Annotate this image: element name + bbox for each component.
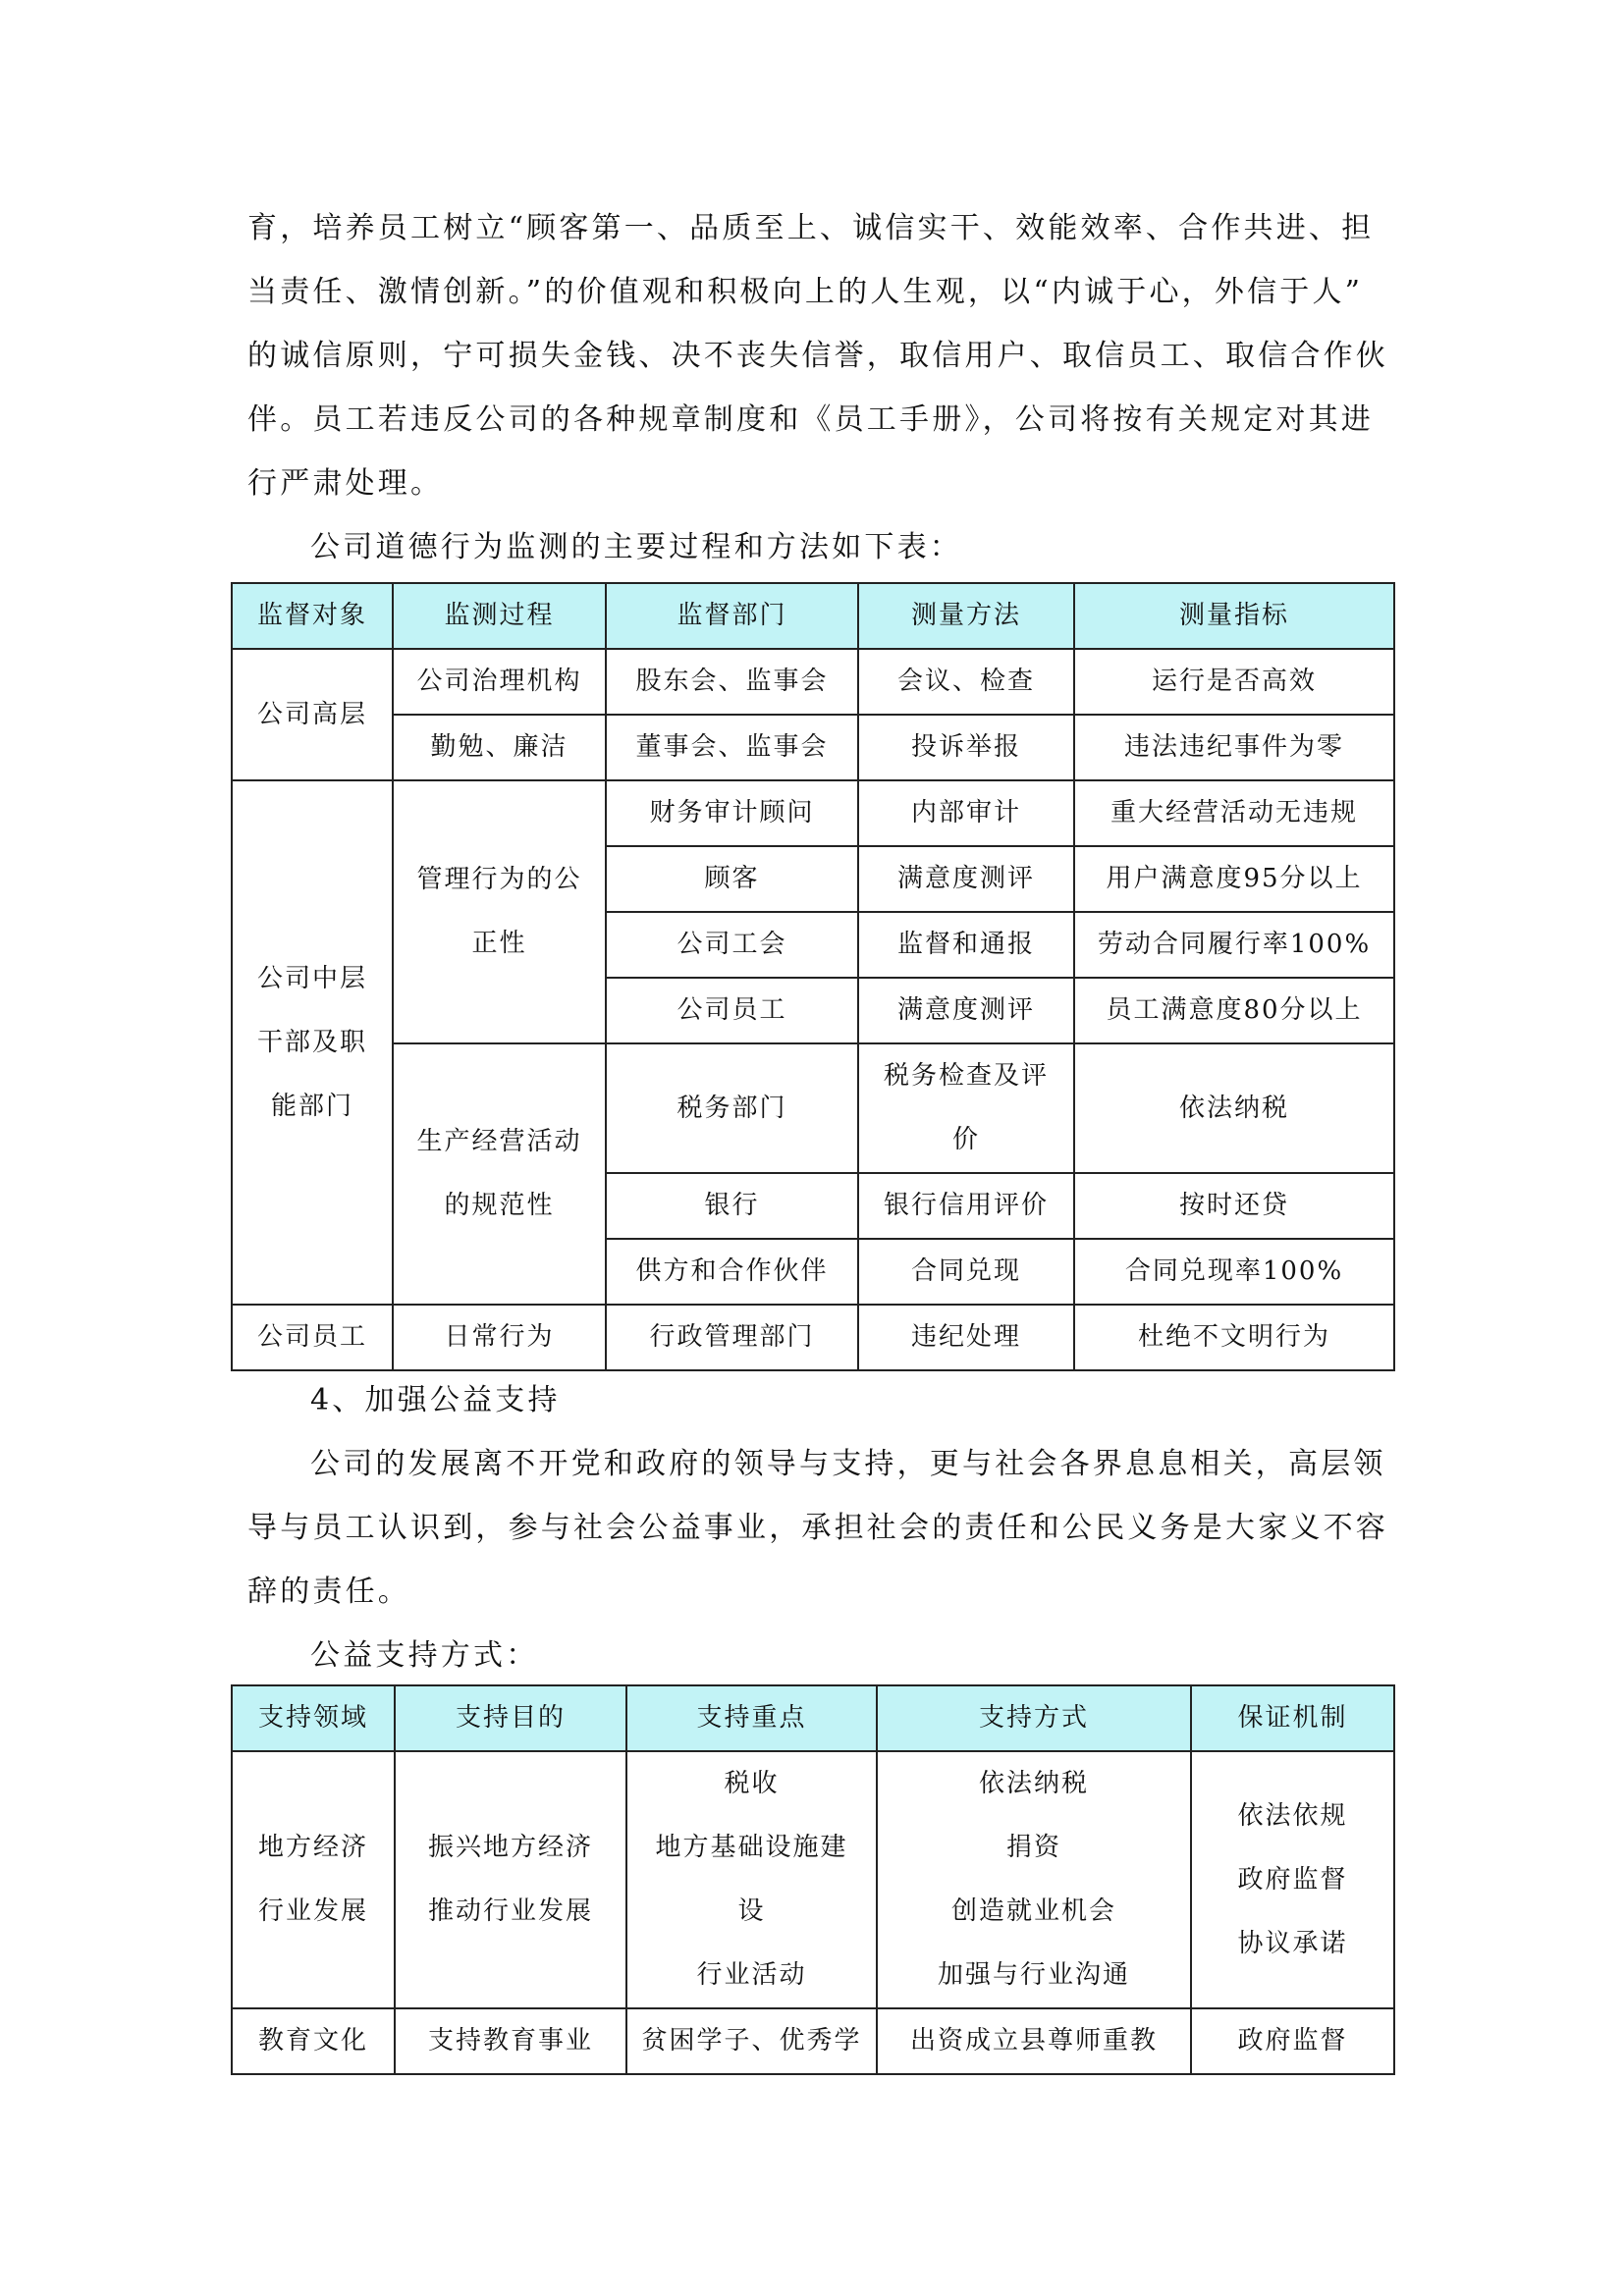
- method-cell: 出资成立县尊师重教: [877, 2008, 1191, 2074]
- indicator-cell: 按时还贷: [1074, 1173, 1394, 1239]
- method-cell: 投诉举报: [858, 715, 1074, 780]
- dept-cell: 顾客: [606, 846, 858, 912]
- paragraph-line: 伴。员工若违反公司的各种规章制度和《员工手册》，公司将按有关规定对其进: [247, 388, 1396, 452]
- public-welfare-table: 支持领域 支持目的 支持重点 支持方式 保证机制 地方经济 行业发展 振兴地方经…: [231, 1684, 1395, 2075]
- column-header: 支持目的: [395, 1685, 626, 1751]
- method-cell: 满意度测评: [858, 978, 1074, 1043]
- column-header: 监督对象: [232, 583, 393, 649]
- dept-cell: 公司员工: [606, 978, 858, 1043]
- dept-cell: 行政管理部门: [606, 1305, 858, 1370]
- table-row: 公司员工 日常行为 行政管理部门 违纪处理 杜绝不文明行为: [232, 1305, 1394, 1370]
- column-header: 支持重点: [626, 1685, 877, 1751]
- paragraph-line: 公司的发展离不开党和政府的领导与支持，更与社会各界息息相关，高层领: [247, 1432, 1396, 1496]
- dept-cell: 公司工会: [606, 912, 858, 978]
- method-cell: 违纪处理: [858, 1305, 1074, 1370]
- method-cell: 合同兑现: [858, 1239, 1074, 1305]
- paragraph-line: 导与员工认识到，参与社会公益事业，承担社会的责任和公民义务是大家义不容: [247, 1496, 1396, 1560]
- section-4: 4、加强公益支持 公司的发展离不开党和政府的领导与支持，更与社会各界息息相关，高…: [247, 1368, 1396, 1687]
- area-cell: 地方经济 行业发展: [232, 1751, 395, 2008]
- guarantee-cell: 政府监督: [1191, 2008, 1394, 2074]
- method-cell: 会议、检查: [858, 649, 1074, 715]
- indicator-cell: 依法纳税: [1074, 1043, 1394, 1173]
- focus-cell: 税收 地方基础设施建 设 行业活动: [626, 1751, 877, 2008]
- guarantee-cell: 依法依规 政府监督 协议承诺: [1191, 1751, 1394, 2008]
- dept-cell: 税务部门: [606, 1043, 858, 1173]
- process-cell: 公司治理机构: [393, 649, 606, 715]
- column-header: 支持领域: [232, 1685, 395, 1751]
- column-header: 支持方式: [877, 1685, 1191, 1751]
- table-row: 公司中层 干部及职 能部门 管理行为的公 正性 财务审计顾问 内部审计 重大经营…: [232, 780, 1394, 846]
- indicator-cell: 重大经营活动无违规: [1074, 780, 1394, 846]
- method-cell: 监督和通报: [858, 912, 1074, 978]
- column-header: 测量方法: [858, 583, 1074, 649]
- dept-cell: 股东会、监事会: [606, 649, 858, 715]
- ethics-monitoring-table: 监督对象 监测过程 监督部门 测量方法 测量指标 公司高层 公司治理机构 股东会…: [231, 582, 1395, 1371]
- paragraph-line: 的诚信原则，宁可损失金钱、决不丧失信誉，取信用户、取信员工、取信合作伙: [247, 324, 1396, 388]
- purpose-cell: 振兴地方经济 推动行业发展: [395, 1751, 626, 2008]
- method-cell: 银行信用评价: [858, 1173, 1074, 1239]
- indicator-cell: 违法违纪事件为零: [1074, 715, 1394, 780]
- object-cell: 公司高层: [232, 649, 393, 780]
- area-cell: 教育文化: [232, 2008, 395, 2074]
- process-cell: 日常行为: [393, 1305, 606, 1370]
- indicator-cell: 杜绝不文明行为: [1074, 1305, 1394, 1370]
- dept-cell: 供方和合作伙伴: [606, 1239, 858, 1305]
- paragraph-line: 育，培养员工树立“顾客第一、品质至上、诚信实干、效能效率、合作共进、担: [247, 196, 1396, 260]
- indicator-cell: 合同兑现率100%: [1074, 1239, 1394, 1305]
- paragraph-line: 辞的责任。: [247, 1560, 1396, 1624]
- table-header-row: 支持领域 支持目的 支持重点 支持方式 保证机制: [232, 1685, 1394, 1751]
- process-cell: 生产经营活动 的规范性: [393, 1043, 606, 1305]
- process-cell: 管理行为的公 正性: [393, 780, 606, 1043]
- paragraph-line: 行严肃处理。: [247, 452, 1396, 515]
- column-header: 保证机制: [1191, 1685, 1394, 1751]
- method-cell: 税务检查及评 价: [858, 1043, 1074, 1173]
- column-header: 监督部门: [606, 583, 858, 649]
- method-cell: 满意度测评: [858, 846, 1074, 912]
- table-row: 地方经济 行业发展 振兴地方经济 推动行业发展 税收 地方基础设施建 设 行业活…: [232, 1751, 1394, 2008]
- object-cell: 公司中层 干部及职 能部门: [232, 780, 393, 1305]
- method-cell: 依法纳税 捐资 创造就业机会 加强与行业沟通: [877, 1751, 1191, 2008]
- section-heading: 4、加强公益支持: [247, 1368, 1396, 1432]
- indicator-cell: 用户满意度95分以上: [1074, 846, 1394, 912]
- table-row: 教育文化 支持教育事业 贫困学子、优秀学 出资成立县尊师重教 政府监督: [232, 2008, 1394, 2074]
- indicator-cell: 劳动合同履行率100%: [1074, 912, 1394, 978]
- dept-cell: 银行: [606, 1173, 858, 1239]
- purpose-cell: 支持教育事业: [395, 2008, 626, 2074]
- column-header: 测量指标: [1074, 583, 1394, 649]
- process-cell: 勤勉、廉洁: [393, 715, 606, 780]
- column-header: 监测过程: [393, 583, 606, 649]
- table1-caption: 公司道德行为监测的主要过程和方法如下表：: [247, 515, 1396, 579]
- table-row: 勤勉、廉洁 董事会、监事会 投诉举报 违法违纪事件为零: [232, 715, 1394, 780]
- dept-cell: 财务审计顾问: [606, 780, 858, 846]
- object-cell: 公司员工: [232, 1305, 393, 1370]
- intro-paragraph: 育，培养员工树立“顾客第一、品质至上、诚信实干、效能效率、合作共进、担 当责任、…: [247, 196, 1396, 515]
- table-row: 公司高层 公司治理机构 股东会、监事会 会议、检查 运行是否高效: [232, 649, 1394, 715]
- indicator-cell: 员工满意度80分以上: [1074, 978, 1394, 1043]
- paragraph-line: 当责任、激情创新。”的价值观和积极向上的人生观，以“内诚于心，外信于人”: [247, 260, 1396, 324]
- indicator-cell: 运行是否高效: [1074, 649, 1394, 715]
- table2-caption: 公益支持方式：: [247, 1624, 1396, 1687]
- dept-cell: 董事会、监事会: [606, 715, 858, 780]
- method-cell: 内部审计: [858, 780, 1074, 846]
- table-header-row: 监督对象 监测过程 监督部门 测量方法 测量指标: [232, 583, 1394, 649]
- table-row: 生产经营活动 的规范性 税务部门 税务检查及评 价 依法纳税: [232, 1043, 1394, 1173]
- focus-cell: 贫困学子、优秀学: [626, 2008, 877, 2074]
